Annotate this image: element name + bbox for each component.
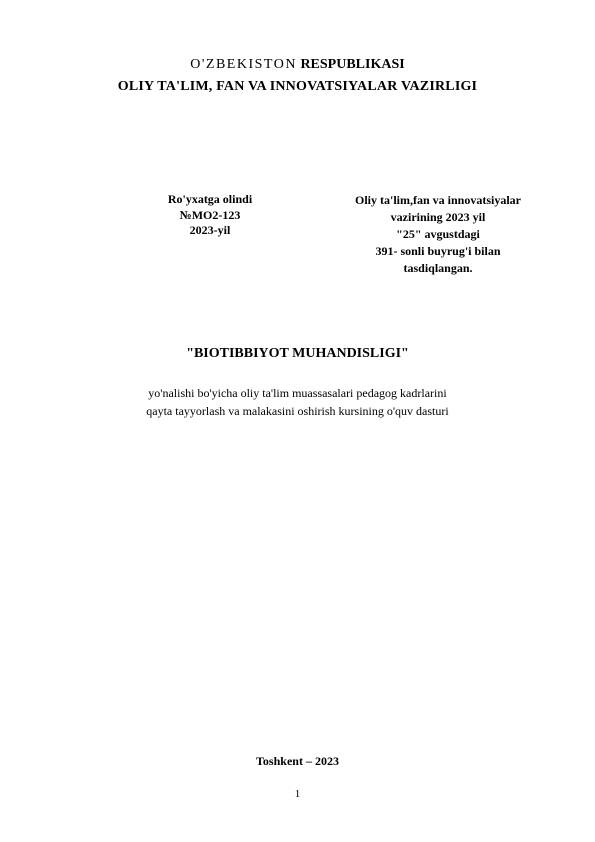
registration-number: №MO2-123 — [130, 208, 290, 224]
ministry-header-line2: OLIY TA'LIM, FAN VA INNOVATSIYALAR VAZIR… — [0, 78, 595, 96]
page-number: 1 — [0, 788, 595, 800]
subtitle-line-1: yo'nalishi bo'yicha oliy ta'lim muassasa… — [0, 384, 595, 402]
country-name: O'ZBEKISTON — [190, 57, 297, 72]
subtitle-line-2: qayta tayyorlash va malakasini oshirish … — [0, 402, 595, 420]
ministry-header-line1: O'ZBEKISTON RESPUBLIKASI — [0, 56, 595, 74]
approval-line-5: tasdiqlangan. — [318, 260, 558, 277]
registration-year: 2023-yil — [130, 223, 290, 239]
registration-label: Ro'yxatga olindi — [130, 192, 290, 208]
republic-word: RESPUBLIKASI — [300, 57, 404, 72]
place-and-year: Toshkent – 2023 — [0, 754, 595, 769]
document-subtitle: yo'nalishi bo'yicha oliy ta'lim muassasa… — [0, 384, 595, 420]
document-title: "BIOTIBBIYOT MUHANDISLIGI" — [0, 345, 595, 363]
approval-line-2: vazirining 2023 yil — [318, 209, 558, 226]
approval-line-4: 391- sonli buyrug'i bilan — [318, 243, 558, 260]
approval-line-1: Oliy ta'lim,fan va innovatsiyalar — [318, 192, 558, 209]
registration-block: Ro'yxatga olindi №MO2-123 2023-yil — [130, 192, 290, 239]
approval-line-3: "25" avgustdagi — [318, 226, 558, 243]
approval-block: Oliy ta'lim,fan va innovatsiyalar vaziri… — [318, 192, 558, 277]
